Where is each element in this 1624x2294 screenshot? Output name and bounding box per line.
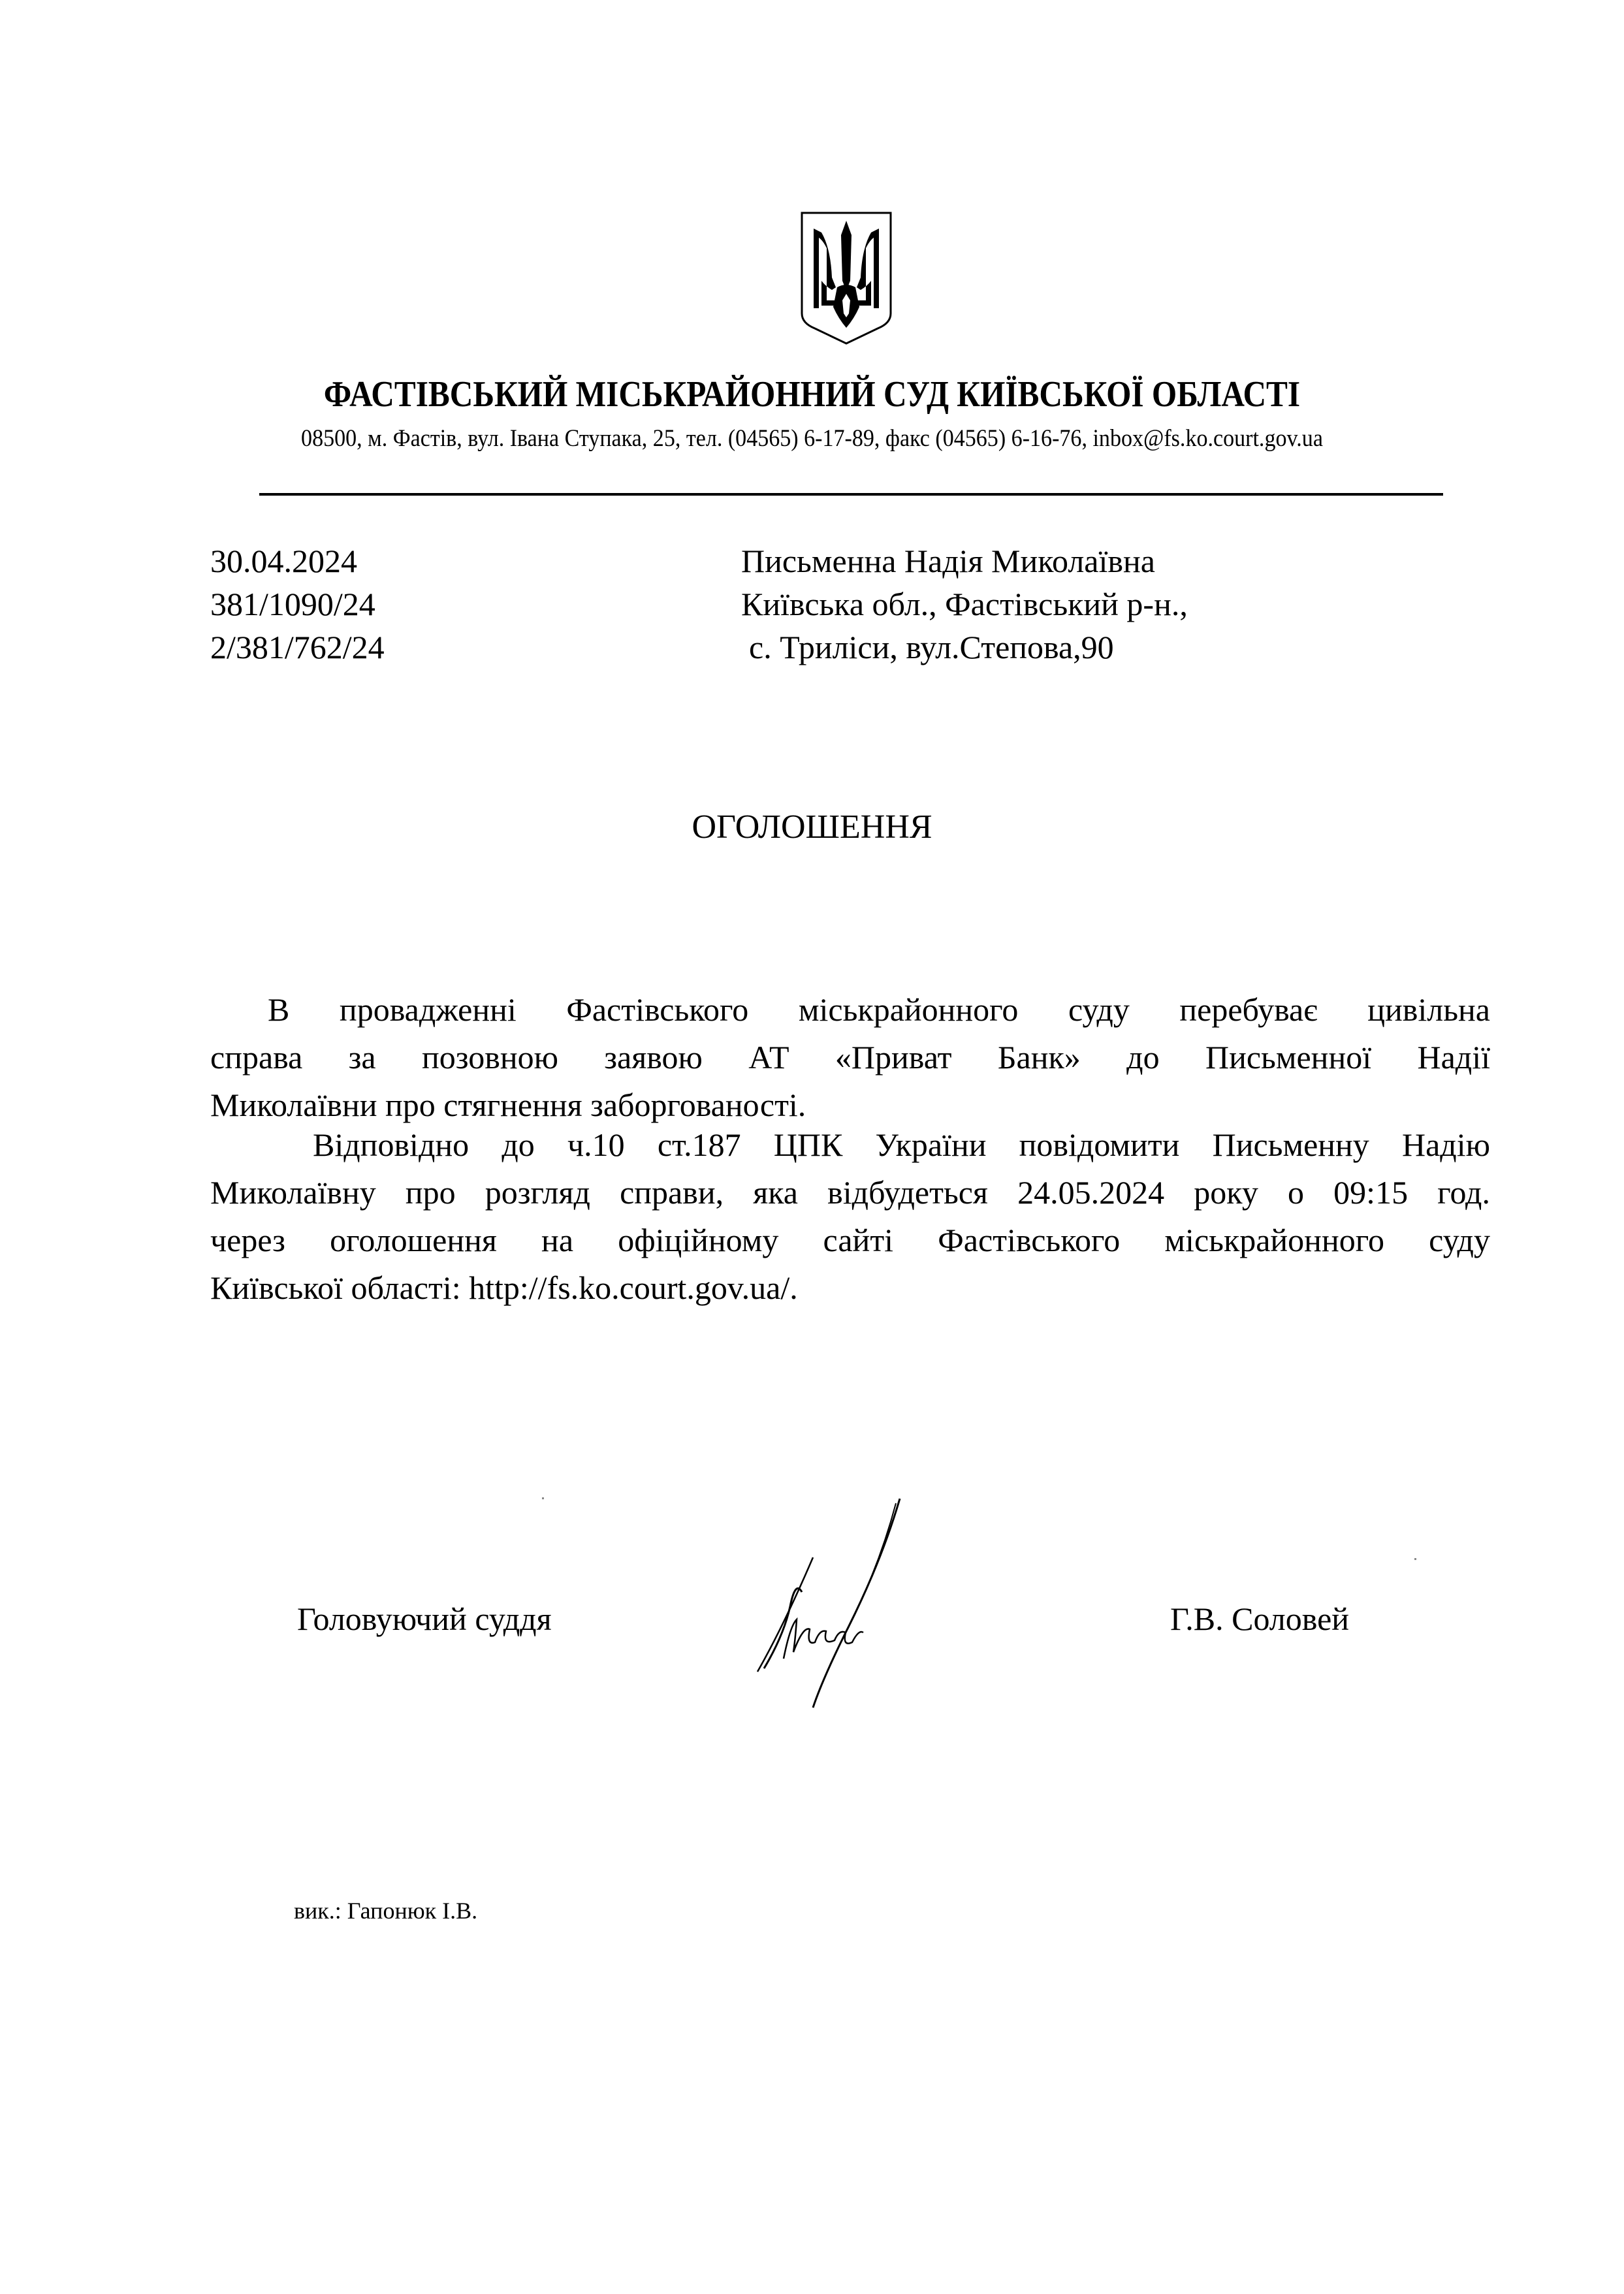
document-date: 30.04.2024 [210, 542, 357, 580]
executor-note: вик.: Гапонюк І.В. [294, 1897, 477, 1924]
scan-speck [1414, 1558, 1416, 1560]
case-number: 381/1090/24 [210, 585, 375, 623]
court-contact-line: 08500, м. Фастів, вул. Івана Ступака, 25… [65, 424, 1559, 453]
recipient-address-line2: с. Триліси, вул.Степова,90 [749, 628, 1114, 666]
paragraph-line: через оголошення на офіційному сайті Фас… [210, 1217, 1490, 1264]
paragraph-line: Миколаївну про розгляд справи, яка відбу… [210, 1169, 1490, 1217]
header-divider [259, 493, 1443, 496]
announcement-paragraph-2: Відповідно до ч.10 ст.187 ЦПК України по… [210, 1121, 1490, 1312]
scan-speck [542, 1497, 544, 1499]
proceeding-number: 2/381/762/24 [210, 628, 385, 666]
judge-role: Головуючий суддя [297, 1600, 552, 1638]
paragraph-line: Відповідно до ч.10 ст.187 ЦПК України по… [210, 1121, 1490, 1169]
recipient-name: Письменна Надія Миколаївна [741, 542, 1155, 580]
paragraph-line: Київської області: http://fs.ko.court.go… [210, 1264, 1490, 1312]
recipient-address-line1: Київська обл., Фастівський р-н., [741, 585, 1188, 623]
document-heading: ОГОЛОШЕННЯ [0, 808, 1624, 846]
judge-name: Г.В. Соловей [1170, 1600, 1349, 1638]
court-name: ФАСТІВСЬКИЙ МІСЬКРАЙОННИЙ СУД КИЇВСЬКОЇ … [97, 374, 1527, 415]
announcement-paragraph-1: В провадженні Фастівського міськрайонног… [210, 986, 1490, 1129]
paragraph-line: В провадженні Фастівського міськрайонног… [210, 986, 1490, 1034]
handwritten-signature-icon [686, 1495, 986, 1711]
paragraph-line: справа за позовною заявою АТ «Приват Бан… [210, 1034, 1490, 1081]
coat-of-arms-icon [799, 209, 893, 347]
